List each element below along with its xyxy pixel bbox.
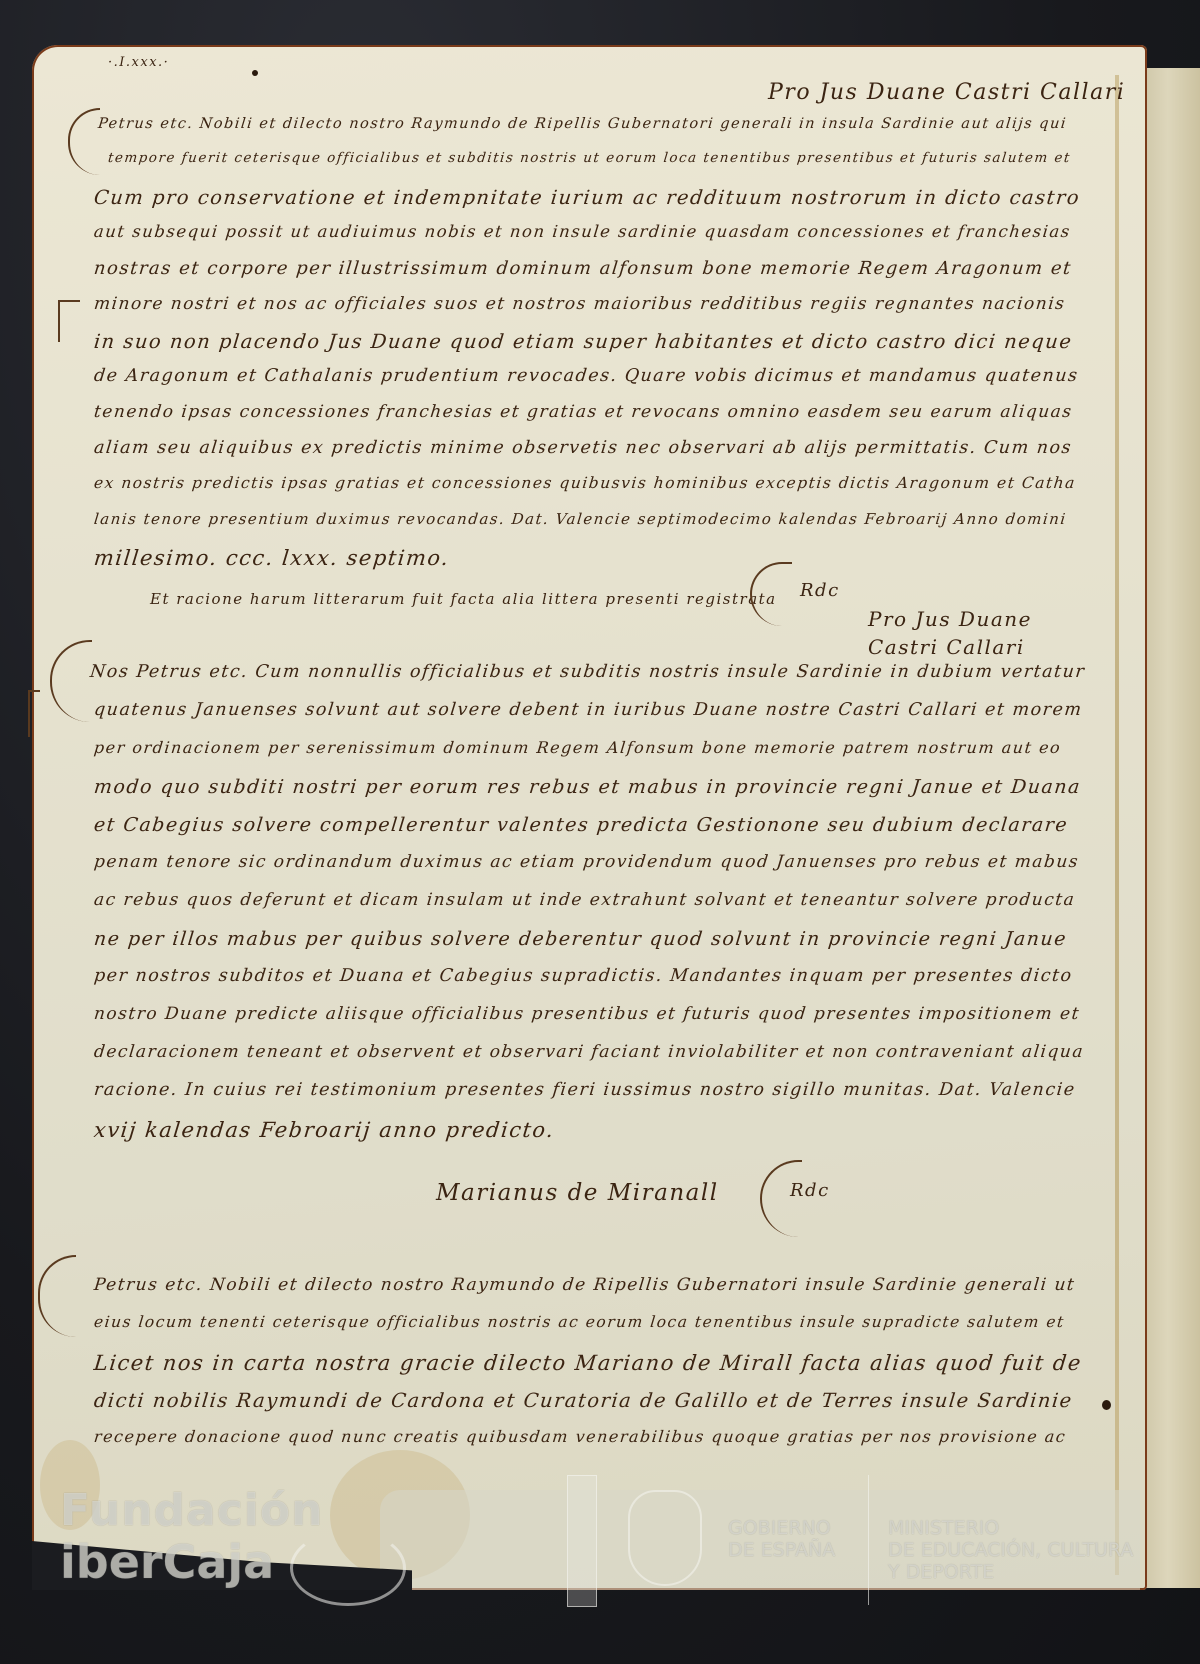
manuscript-line: declaracionem teneant et observent et ob… — [93, 1042, 1085, 1062]
manuscript-line: millesimo. ccc. lxxx. septimo. — [93, 546, 451, 570]
manuscript-line: recepere donacione quod nunc creatis qui… — [93, 1427, 1067, 1446]
manuscript-line: lanis tenore presentium duximus revocand… — [93, 510, 1068, 528]
manuscript-line: ne per illos mabus per quibus solvere de… — [93, 928, 1068, 950]
manuscript-line: Nos Petrus etc. Cum nonnullis officialib… — [89, 662, 1086, 682]
manuscript-line: aliam seu aliquibus ex predictis minime … — [93, 438, 1073, 458]
manuscript-line: Cum pro conservatione et indempnitate iu… — [93, 186, 1082, 209]
scribe-initials: Rdc — [790, 1180, 830, 1201]
watermark-gobierno: GOBIERNO DE ESPAÑA — [728, 1517, 835, 1561]
registration-note: Et racione harum litterarum fuit facta a… — [150, 590, 777, 608]
manuscript-line: in suo non placendo Jus Duane quod etiam… — [93, 330, 1074, 353]
manuscript-line: Petrus etc. Nobili et dilecto nostro Ray… — [93, 1275, 1076, 1295]
marginal-heading-entry-1: Pro Jus Duane Castri Callari — [768, 80, 1125, 105]
watermark-gobierno-line2: DE ESPAÑA — [728, 1539, 835, 1561]
manuscript-line: Licet nos in carta nostra gracie dilecto… — [93, 1351, 1083, 1375]
ink-dot — [252, 70, 258, 76]
manuscript-line: ex nostris predictis ipsas gratias et co… — [93, 474, 1077, 492]
manuscript-line: nostro Duane predicte aliisque officiali… — [93, 1004, 1081, 1024]
manuscript-line: et Cabegius solvere compellerentur valen… — [93, 814, 1069, 836]
watermark-ministerio: MINISTERIO DE EDUCACIÓN, CULTURA Y DEPOR… — [888, 1517, 1133, 1583]
manuscript-line: modo quo subditi nostri per eorum res re… — [93, 776, 1082, 798]
watermark-ministerio-line2: DE EDUCACIÓN, CULTURA — [888, 1539, 1133, 1561]
manuscript-line: eius locum tenenti ceterisque officialib… — [93, 1313, 1066, 1331]
coat-of-arms-icon — [628, 1490, 702, 1586]
manuscript-line: racione. In cuius rei testimonium presen… — [93, 1080, 1077, 1100]
manuscript-line: per ordinacionem per serenissimum dominu… — [93, 738, 1062, 757]
manuscript-line: per nostros subditos et Duana et Cabegiu… — [93, 966, 1074, 986]
manuscript-line: tenendo ipsas concessiones franchesias e… — [93, 402, 1074, 422]
watermark-ministerio-line3: Y DEPORTE — [888, 1561, 1133, 1583]
marginal-heading-entry-2: Pro Jus Duane Castri Callari — [868, 605, 1078, 661]
watermark-fundacion: Fundación — [60, 1485, 323, 1536]
folio-number: ·.I.xxx.· — [108, 55, 169, 70]
manuscript-line: ac rebus quos deferunt et dicam insulam … — [93, 890, 1076, 910]
ibercaja-logo-icon — [290, 1530, 406, 1606]
manuscript-line: aut subsequi possit ut audiuimus nobis e… — [93, 222, 1072, 241]
manuscript-line: de Aragonum et Cathalanis prudentium rev… — [93, 366, 1080, 386]
manuscript-line: dicti nobilis Raymundi de Cardona et Cur… — [93, 1389, 1074, 1412]
adjacent-leaf-edge — [1140, 68, 1200, 1588]
watermark-gobierno-line1: GOBIERNO — [728, 1517, 835, 1539]
scribe-initials: Rdc — [800, 580, 840, 601]
manuscript-line: xvij kalendas Febroarij anno predicto. — [93, 1118, 556, 1142]
spain-flag-icon — [567, 1475, 597, 1607]
manuscript-line: nostras et corpore per illustrissimum do… — [93, 258, 1073, 279]
ink-blot — [1102, 1400, 1111, 1410]
manuscript-line: quatenus Januenses solvunt aut solvere d… — [93, 700, 1084, 720]
paragraph-mark — [58, 300, 80, 342]
manuscript-line: penam tenore sic ordinandum duximus ac e… — [93, 852, 1080, 872]
watermark-ibercaja: iberCaja — [60, 1535, 274, 1589]
watermark-divider — [868, 1475, 869, 1605]
manuscript-line: minore nostri et nos ac officiales suos … — [93, 294, 1066, 314]
page-fold-stain — [1115, 75, 1119, 1575]
paragraph-mark — [28, 690, 40, 737]
watermark-ministerio-line1: MINISTERIO — [888, 1517, 1133, 1539]
manuscript-line: tempore fuerit ceterisque officialibus e… — [107, 150, 1072, 166]
manuscript-line: Petrus etc. Nobili et dilecto nostro Ray… — [97, 116, 1068, 132]
signature: Marianus de Miranall — [436, 1180, 719, 1206]
